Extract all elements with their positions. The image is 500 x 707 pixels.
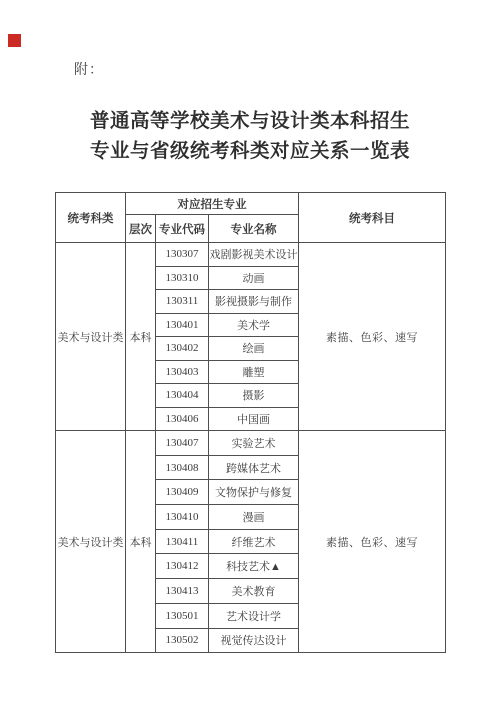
major-name-cell: 中国画 [209,407,299,431]
major-name-cell: 动画 [209,266,299,290]
header-major-name: 专业名称 [209,215,299,243]
major-code-cell: 130404 [156,384,209,408]
major-code-cell: 130502 [156,628,209,653]
exam-category-cell: 美术与设计类 [56,243,126,431]
major-code-cell: 130501 [156,603,209,628]
major-code-cell: 130413 [156,579,209,604]
exam-subjects-cell: 素描、色彩、速写 [299,431,446,653]
header-exam-category: 统考科类 [56,193,126,243]
exam-subjects-cell: 素描、色彩、速写 [299,243,446,431]
major-name-cell: 实验艺术 [209,431,299,456]
header-majors-group: 对应招生专业 [126,193,299,215]
attachment-label: 附： [74,59,104,79]
major-name-cell: 美术教育 [209,579,299,604]
red-square-mark [8,34,21,47]
major-code-cell: 130307 [156,243,209,267]
page-title-line1: 普通高等学校美术与设计类本科招生 [0,107,500,137]
major-name-cell: 跨媒体艺术 [209,455,299,480]
header-level: 层次 [126,215,156,243]
major-name-cell: 影视摄影与制作 [209,290,299,314]
major-name-cell: 漫画 [209,505,299,530]
major-code-cell: 130411 [156,529,209,554]
major-name-cell: 科技艺术▲ [209,554,299,579]
major-name-cell: 纤维艺术 [209,529,299,554]
major-code-cell: 130410 [156,505,209,530]
major-name-cell: 戏剧影视美术设计 [209,243,299,267]
major-code-cell: 130409 [156,480,209,505]
major-code-cell: 130403 [156,360,209,384]
table-row: 美术与设计类 本科 130307 戏剧影视美术设计 素描、色彩、速写 [56,243,446,267]
major-code-cell: 130406 [156,407,209,431]
page-title: 普通高等学校美术与设计类本科招生 专业与省级统考科类对应关系一览表 [0,107,500,167]
major-name-cell: 摄影 [209,384,299,408]
level-cell: 本科 [126,243,156,431]
major-code-cell: 130408 [156,455,209,480]
major-name-cell: 视觉传达设计 [209,628,299,653]
page-title-line2: 专业与省级统考科类对应关系一览表 [0,137,500,167]
table-header-row-1: 统考科类 对应招生专业 统考科目 [56,193,446,215]
table-row: 美术与设计类 本科 130407 实验艺术 素描、色彩、速写 [56,431,446,456]
major-code-cell: 130407 [156,431,209,456]
major-name-cell: 艺术设计学 [209,603,299,628]
exam-category-cell: 美术与设计类 [56,431,126,653]
major-name-cell: 绘画 [209,337,299,361]
document-page: 附： 普通高等学校美术与设计类本科招生 专业与省级统考科类对应关系一览表 统考科… [0,0,500,707]
exam-category-mapping-table: 统考科类 对应招生专业 统考科目 层次 专业代码 专业名称 美术与设计类 本科 … [55,192,446,653]
header-major-code: 专业代码 [156,215,209,243]
header-exam-subjects: 统考科目 [299,193,446,243]
major-code-cell: 130402 [156,337,209,361]
major-code-cell: 130401 [156,313,209,337]
major-name-cell: 雕塑 [209,360,299,384]
major-code-cell: 130311 [156,290,209,314]
major-name-cell: 美术学 [209,313,299,337]
major-code-cell: 130412 [156,554,209,579]
major-name-cell: 文物保护与修复 [209,480,299,505]
major-code-cell: 130310 [156,266,209,290]
level-cell: 本科 [126,431,156,653]
